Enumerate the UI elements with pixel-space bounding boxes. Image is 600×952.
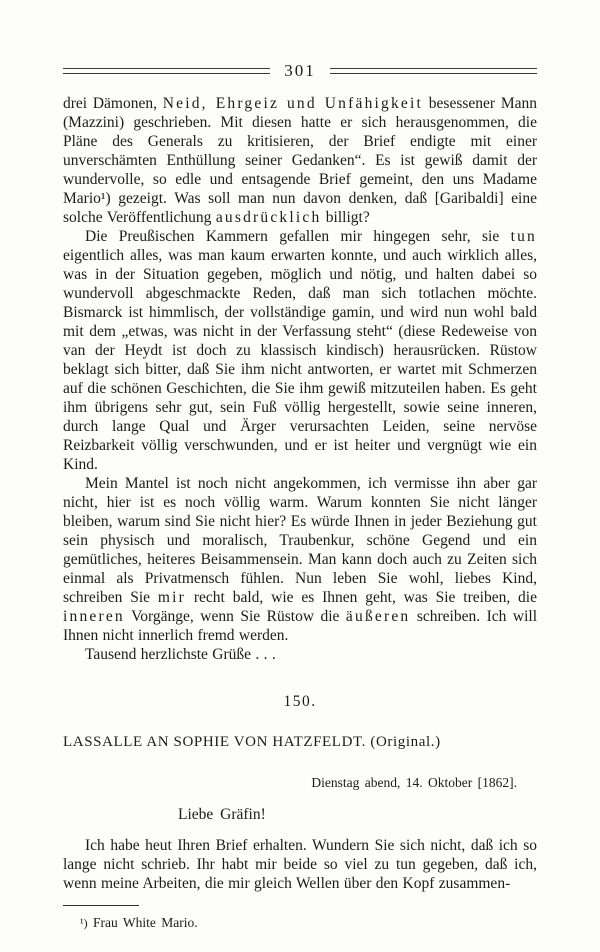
paragraph: Die Preußischen Kammern gefallen mir hin…	[63, 227, 537, 474]
emphasized-text: tun	[511, 228, 537, 245]
letter-150: 150. LASSALLE AN SOPHIE VON HATZFELDT. (…	[63, 692, 537, 893]
header-rule-right	[330, 68, 537, 74]
letter-heading: LASSALLE AN SOPHIE VON HATZFELDT. (Origi…	[63, 733, 537, 752]
footnote-marker: ¹)	[80, 916, 88, 930]
emphasized-text: ausdrücklich	[216, 209, 322, 226]
running-head: 301	[63, 62, 537, 80]
letter-dateline: Dienstag abend, 14. Oktober [1862].	[63, 774, 537, 791]
letter-150-body: Ich habe heut Ihren Brief erhalten. Wund…	[63, 836, 537, 893]
emphasized-text: Neid, Ehrgeiz und Unfähigkeit	[163, 95, 423, 112]
letter-number: 150.	[63, 692, 537, 711]
emphasized-text: mir	[158, 589, 186, 606]
emphasized-text: äußeren	[346, 608, 410, 625]
header-rule-left	[63, 68, 270, 74]
emphasized-text: inneren	[63, 608, 125, 625]
paragraph: drei Dämonen, Neid, Ehrgeiz und Unfähigk…	[63, 94, 537, 227]
paragraph: Tausend herzlichste Grüße . . .	[63, 645, 537, 664]
letter-salutation: Liebe Gräfin!	[63, 805, 537, 824]
letter-149-body: drei Dämonen, Neid, Ehrgeiz und Unfähigk…	[63, 94, 537, 664]
footnote-area: ¹) Frau White Mario.	[63, 905, 537, 932]
book-page: 301 drei Dämonen, Neid, Ehrgeiz und Unfä…	[0, 0, 600, 952]
footnote-text: Frau White Mario.	[93, 915, 198, 930]
paragraph: Mein Mantel ist noch nicht angekommen, i…	[63, 474, 537, 645]
letter-149-continuation: drei Dämonen, Neid, Ehrgeiz und Unfähigk…	[63, 94, 537, 664]
footnote: ¹) Frau White Mario.	[63, 914, 537, 932]
page-number: 301	[270, 62, 330, 80]
section-spacer	[63, 664, 537, 692]
footnote-rule	[63, 905, 139, 906]
paragraph: Ich habe heut Ihren Brief erhalten. Wund…	[63, 836, 537, 893]
